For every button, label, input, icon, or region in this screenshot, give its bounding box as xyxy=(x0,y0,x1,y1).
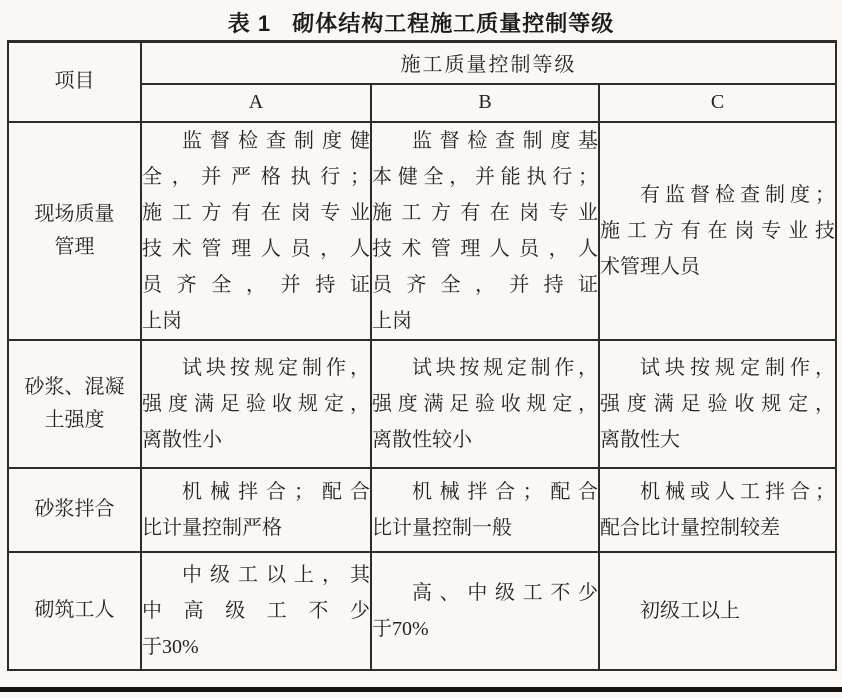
grade-cell-line: 本健全，并能执行； xyxy=(372,159,598,195)
row-label-line: 土强度 xyxy=(9,404,140,437)
grade-cell-line: 监督检查制度健 xyxy=(142,123,370,159)
header-level-a: A xyxy=(141,84,371,122)
row-label-cell: 现场质量管理 xyxy=(8,122,141,340)
grade-cell-line: 技术管理人员，人 xyxy=(142,231,370,267)
grade-cell: 高、中级工不少于70% xyxy=(371,552,599,670)
grade-cell-line: 中高级工不少 xyxy=(142,593,370,629)
grade-cell-line: 机械或人工拌合； xyxy=(600,474,835,510)
header-item-cell: 项目 xyxy=(8,42,141,122)
grade-cell: 初级工以上 xyxy=(599,552,836,670)
row-label-cell: 砌筑工人 xyxy=(8,552,141,670)
quality-control-table: 项目 施工质量控制等级 A B C 现场质量管理监督检查制度健全，并严格执行；施… xyxy=(7,40,837,671)
table-row: 砌筑工人中级工以上，其中高级工不少于30%高、中级工不少于70%初级工以上 xyxy=(8,552,836,670)
grade-cell-line: 于70% xyxy=(372,611,598,647)
grade-cell-line: 员齐全，并持证 xyxy=(142,267,370,303)
grade-cell-line: 术管理人员 xyxy=(600,249,835,285)
grade-cell-line: 试块按规定制作， xyxy=(372,350,598,386)
header-row-group: 项目 施工质量控制等级 xyxy=(8,42,836,84)
grade-cell-line: 员齐全，并持证 xyxy=(372,267,598,303)
grade-cell-line: 机械拌合；配合 xyxy=(372,474,598,510)
grade-cell: 试块按规定制作，强度满足验收规定，离散性较小 xyxy=(371,340,599,468)
table-row: 砂浆、混凝土强度试块按规定制作，强度满足验收规定，离散性小试块按规定制作，强度满… xyxy=(8,340,836,468)
grade-cell: 机械拌合；配合比计量控制一般 xyxy=(371,468,599,552)
header-group-cell: 施工质量控制等级 xyxy=(141,42,836,84)
row-label-cell: 砂浆、混凝土强度 xyxy=(8,340,141,468)
bottom-rule xyxy=(0,687,842,692)
header-level-b: B xyxy=(371,84,599,122)
table-body: 现场质量管理监督检查制度健全，并严格执行；施工方有在岗专业技术管理人员，人员齐全… xyxy=(8,122,836,670)
grade-cell-line: 上岗 xyxy=(372,303,598,339)
page: { "page": { "title_label": "表 1", "title… xyxy=(0,0,842,698)
grade-cell-line: 强度满足验收规定， xyxy=(600,386,835,422)
grade-cell-line: 施工方有在岗专业技 xyxy=(600,213,835,249)
grade-cell-line: 强度满足验收规定， xyxy=(372,386,598,422)
grade-cell-line: 全，并严格执行； xyxy=(142,159,370,195)
grade-cell-line: 于30% xyxy=(142,629,370,665)
table-header: 项目 施工质量控制等级 A B C xyxy=(8,42,836,122)
grade-cell-line: 有监督检查制度； xyxy=(600,177,835,213)
grade-cell: 监督检查制度基本健全，并能执行；施工方有在岗专业技术管理人员，人员齐全，并持证上… xyxy=(371,122,599,340)
row-label-line: 砌筑工人 xyxy=(9,594,140,627)
grade-cell: 有监督检查制度；施工方有在岗专业技术管理人员 xyxy=(599,122,836,340)
header-level-c: C xyxy=(599,84,836,122)
grade-cell-line: 监督检查制度基 xyxy=(372,123,598,159)
grade-cell-line: 高、中级工不少 xyxy=(372,575,598,611)
row-label-line: 砂浆、混凝 xyxy=(9,371,140,404)
grade-cell: 试块按规定制作，强度满足验收规定，离散性大 xyxy=(599,340,836,468)
grade-cell: 中级工以上，其中高级工不少于30% xyxy=(141,552,371,670)
grade-cell: 机械拌合；配合比计量控制严格 xyxy=(141,468,371,552)
table-title: 表 1 砌体结构工程施工质量控制等级 xyxy=(0,7,842,38)
grade-cell-line: 上岗 xyxy=(142,303,370,339)
grade-cell: 监督检查制度健全，并严格执行；施工方有在岗专业技术管理人员，人员齐全，并持证上岗 xyxy=(141,122,371,340)
grade-cell-line: 试块按规定制作， xyxy=(142,350,370,386)
table-row: 砂浆拌合机械拌合；配合比计量控制严格机械拌合；配合比计量控制一般机械或人工拌合；… xyxy=(8,468,836,552)
grade-cell-line: 离散性小 xyxy=(142,422,370,458)
row-label-line: 砂浆拌合 xyxy=(9,493,140,526)
grade-cell-line: 比计量控制一般 xyxy=(372,510,598,546)
row-label-line: 现场质量 xyxy=(9,198,140,231)
grade-cell-line: 离散性较小 xyxy=(372,422,598,458)
grade-cell-line: 机械拌合；配合 xyxy=(142,474,370,510)
grade-cell-line: 施工方有在岗专业 xyxy=(142,195,370,231)
grade-cell-line: 强度满足验收规定， xyxy=(142,386,370,422)
grade-cell-line: 中级工以上，其 xyxy=(142,557,370,593)
grade-cell-line: 施工方有在岗专业 xyxy=(372,195,598,231)
table-title-text: 砌体结构工程施工质量控制等级 xyxy=(292,11,614,36)
grade-cell-line: 配合比计量控制较差 xyxy=(600,510,835,546)
row-label-line: 管理 xyxy=(9,231,140,264)
grade-cell: 机械或人工拌合；配合比计量控制较差 xyxy=(599,468,836,552)
table-title-number: 表 1 xyxy=(228,11,271,36)
grade-cell-line: 离散性大 xyxy=(600,422,835,458)
grade-cell-line: 初级工以上 xyxy=(600,593,835,629)
grade-cell: 试块按规定制作，强度满足验收规定，离散性小 xyxy=(141,340,371,468)
table-row: 现场质量管理监督检查制度健全，并严格执行；施工方有在岗专业技术管理人员，人员齐全… xyxy=(8,122,836,340)
grade-cell-line: 试块按规定制作， xyxy=(600,350,835,386)
grade-cell-line: 技术管理人员，人 xyxy=(372,231,598,267)
grade-cell-line: 比计量控制严格 xyxy=(142,510,370,546)
row-label-cell: 砂浆拌合 xyxy=(8,468,141,552)
